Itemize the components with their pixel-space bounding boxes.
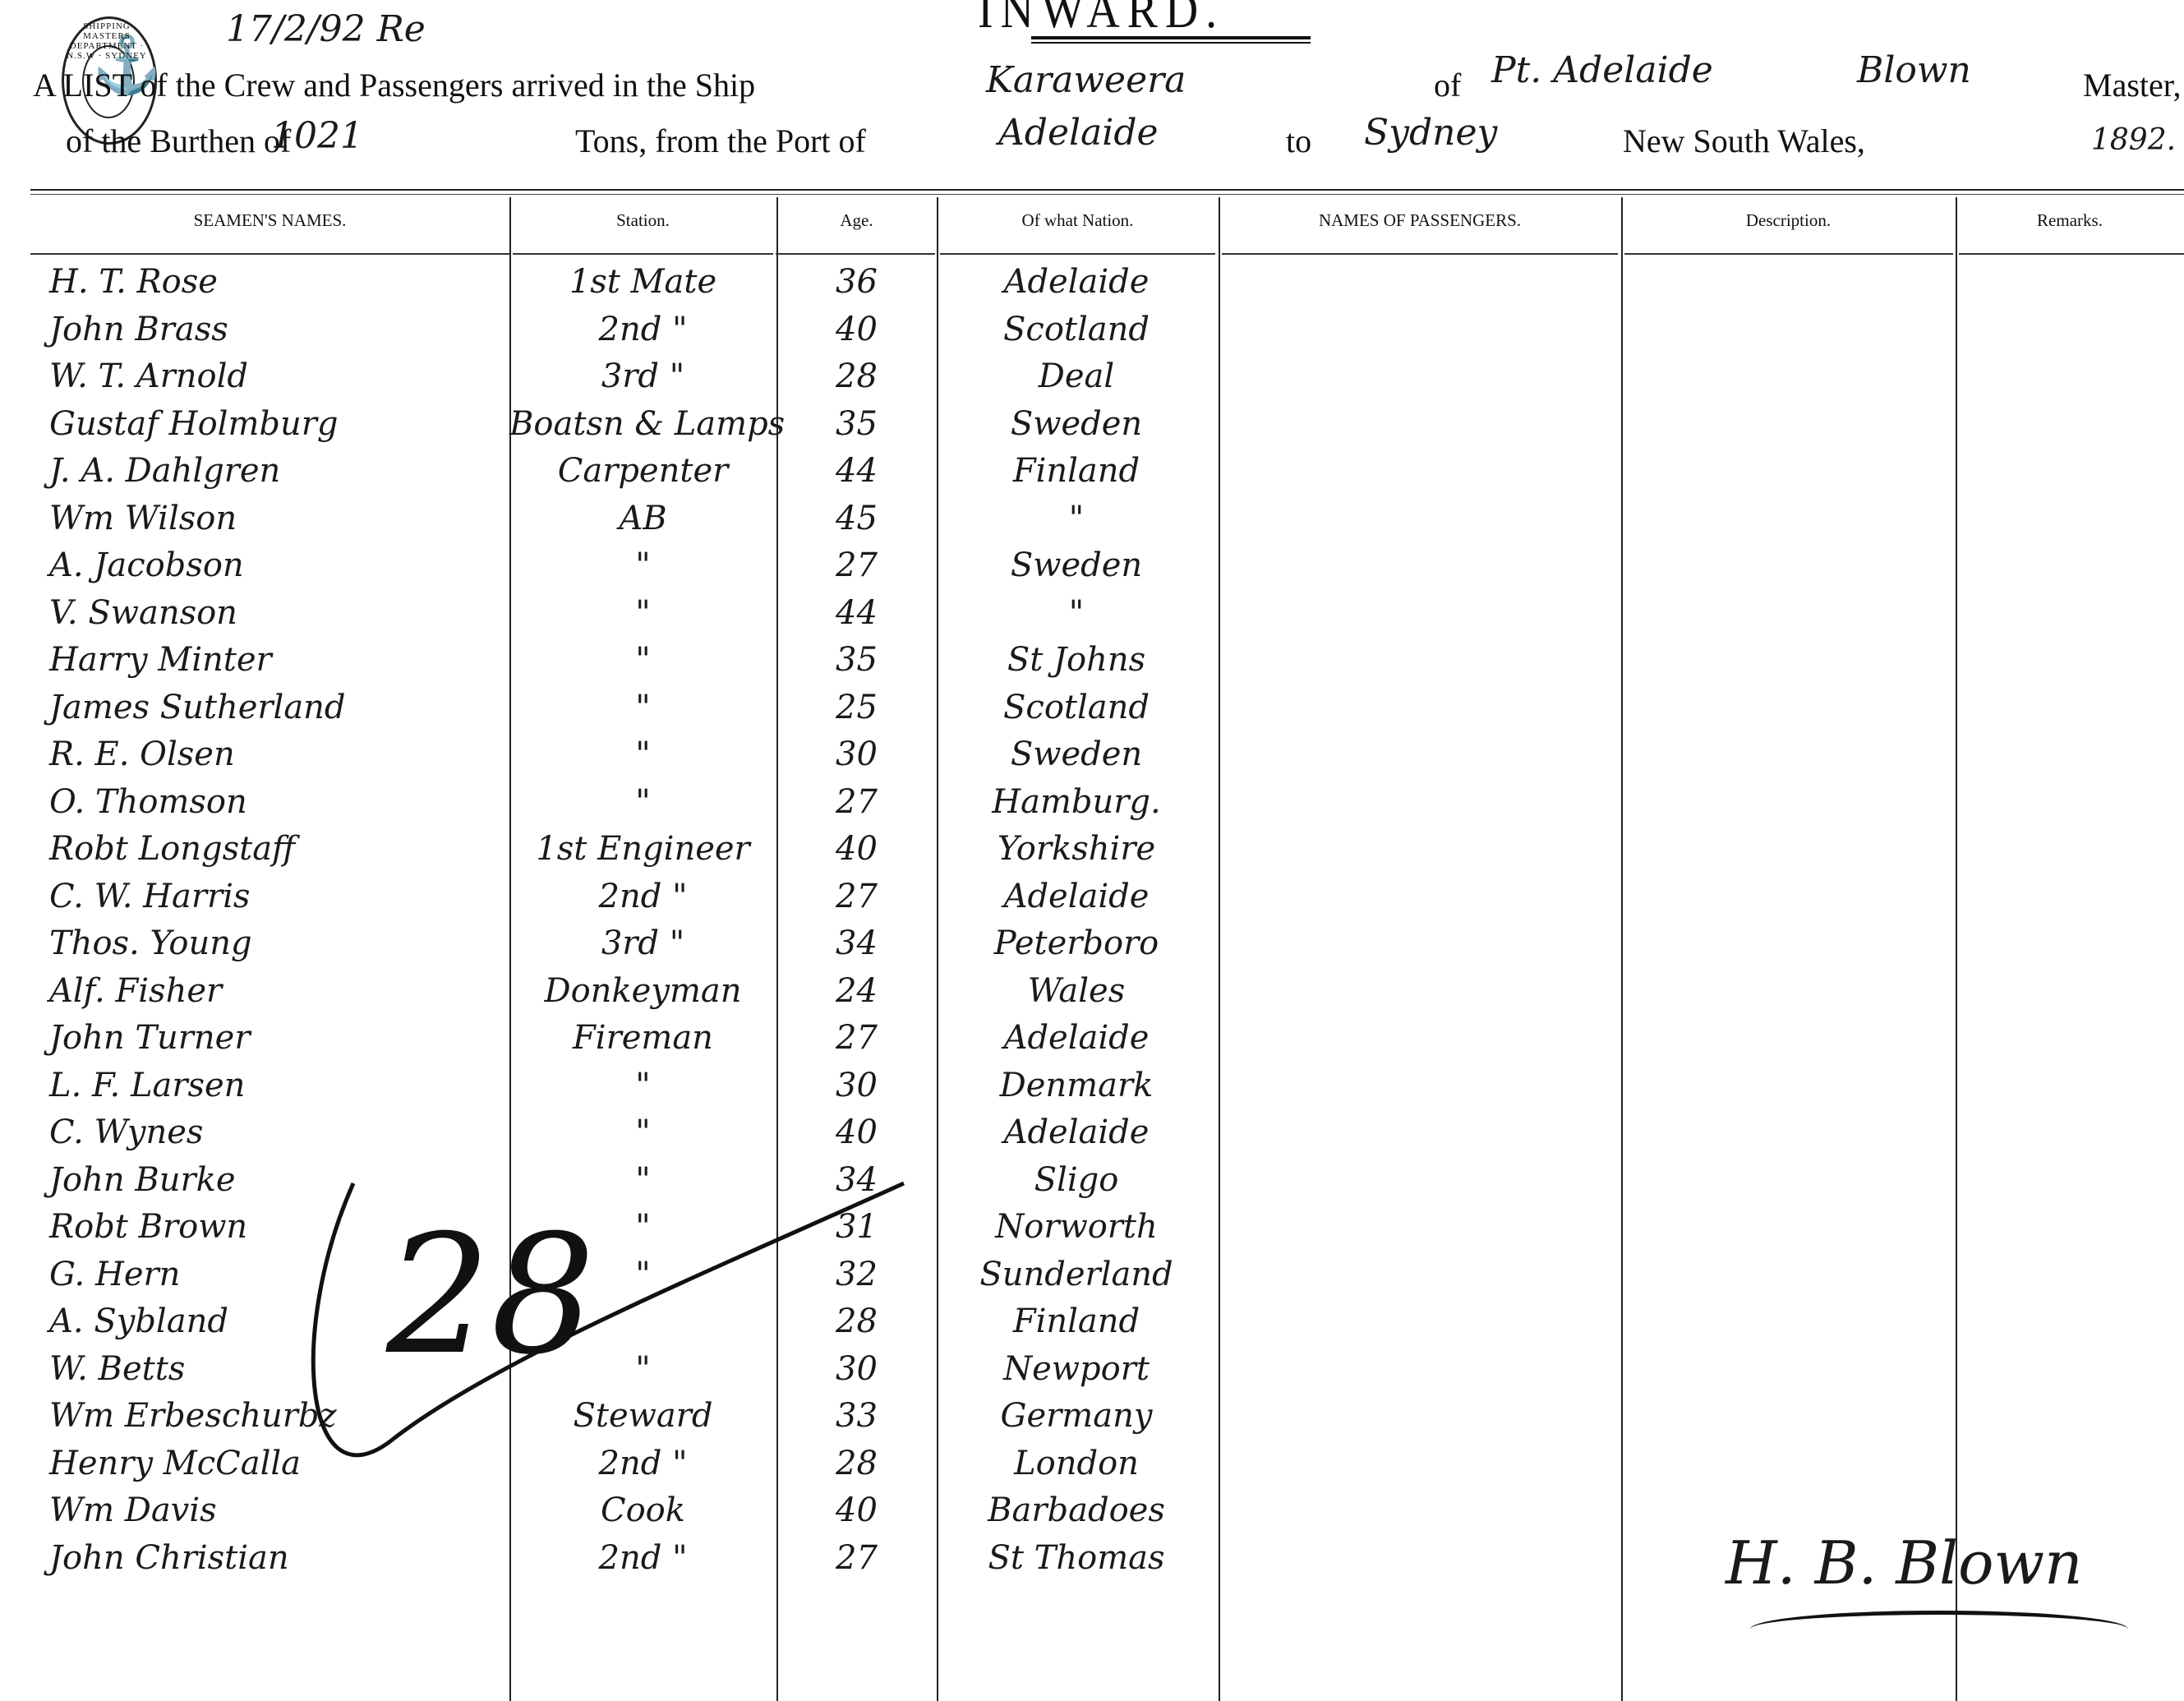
age: 36 (776, 263, 937, 301)
table-row: C. W. Harris2nd "27Adelaide (0, 878, 2184, 924)
station: AB (509, 500, 776, 537)
nation: Scotland (937, 311, 1216, 348)
to-port: Sydney (1364, 112, 1497, 154)
seaman-name: J. A. Dahlgren (49, 452, 280, 490)
table-row: W. T. Arnold3rd "28Deal (0, 357, 2184, 403)
year: 1892. (2091, 123, 2176, 157)
page-title: INWARD. (978, 0, 1224, 40)
crew-count-annotation: 28 (386, 1200, 596, 1391)
nation: St Thomas (937, 1539, 1216, 1577)
seaman-name: Wm Erbeschurbz (49, 1397, 337, 1435)
age: 30 (776, 1067, 937, 1104)
column-header-station: Station. (509, 210, 776, 231)
seaman-name: John Turner (49, 1019, 250, 1057)
age: 25 (776, 689, 937, 726)
master-name: Blown (1857, 49, 1971, 91)
column-header-remarks: Remarks. (1956, 210, 2184, 231)
nation: Sweden (937, 546, 1216, 584)
age: 34 (776, 924, 937, 962)
nation: Norworth (937, 1208, 1216, 1246)
table-row: Alf. FisherDonkeyman24Wales (0, 972, 2184, 1018)
nation: Sunderland (937, 1256, 1216, 1293)
table-row: John Brass2nd "40Scotland (0, 311, 2184, 357)
of-label: of (1434, 66, 1461, 104)
station: " (509, 546, 776, 584)
seaman-name: Harry Minter (49, 641, 272, 679)
nation: Adelaide (937, 1113, 1216, 1151)
seaman-name: V. Swanson (49, 594, 237, 632)
seaman-name: Robt Brown (49, 1208, 247, 1246)
station: Boatsn & Lamps (509, 405, 776, 443)
table-row: O. Thomson"27Hamburg. (0, 783, 2184, 829)
age: 27 (776, 878, 937, 915)
table-row: L. F. Larsen"30Denmark (0, 1067, 2184, 1113)
age: 35 (776, 641, 937, 679)
age: 27 (776, 1019, 937, 1057)
seaman-name: Wm Davis (49, 1491, 217, 1529)
table-row: Robt Longstaff1st Engineer40Yorkshire (0, 830, 2184, 876)
seaman-name: John Brass (49, 311, 228, 348)
seaman-name: G. Hern (49, 1256, 180, 1293)
header-rule (776, 253, 935, 255)
tonnage: 1021 (271, 115, 363, 157)
age: 44 (776, 594, 937, 632)
header-rule (30, 253, 509, 255)
nation: Adelaide (937, 878, 1216, 915)
station: " (509, 1067, 776, 1104)
table-row: Wm WilsonAB45" (0, 500, 2184, 546)
header-rule (1222, 253, 1618, 255)
station: 1st Engineer (509, 830, 776, 868)
header-rule (513, 253, 773, 255)
header-rule (1624, 253, 1953, 255)
nation: Denmark (937, 1067, 1216, 1104)
header-line1-prefix: A LIST of the Crew and Passengers arrive… (33, 66, 755, 104)
table-row: V. Swanson"44" (0, 594, 2184, 640)
from-port: Adelaide (998, 112, 1159, 154)
nation: Finland (937, 452, 1216, 490)
title-underline-thin (1031, 42, 1311, 44)
seaman-name: Thos. Young (49, 924, 252, 962)
port-of-registry: Pt. Adelaide (1491, 49, 1713, 91)
burthen-label: of the Burthen of (66, 122, 291, 160)
station: " (509, 689, 776, 726)
column-header-seamen-names: SEAMEN'S NAMES. (30, 210, 509, 231)
table-row: R. E. Olsen"30Sweden (0, 735, 2184, 781)
table-row: H. T. Rose1st Mate36Adelaide (0, 263, 2184, 309)
nation: Adelaide (937, 263, 1216, 301)
column-header-passenger-names: NAMES OF PASSENGERS. (1219, 210, 1621, 231)
nation: Sligo (937, 1161, 1216, 1199)
to-label: to (1286, 122, 1311, 160)
station: " (509, 641, 776, 679)
station: 3rd " (509, 357, 776, 395)
age: 28 (776, 357, 937, 395)
date-annotation: 17/2/92 Re (226, 8, 426, 50)
age: 40 (776, 311, 937, 348)
station: Donkeyman (509, 972, 776, 1010)
age: 35 (776, 405, 937, 443)
seaman-name: Gustaf Holmburg (49, 405, 338, 443)
nation: Scotland (937, 689, 1216, 726)
seaman-name: C. W. Harris (49, 878, 250, 915)
nation: Sweden (937, 405, 1216, 443)
station: " (509, 594, 776, 632)
age: 40 (776, 830, 937, 868)
nation: Yorkshire (937, 830, 1216, 868)
table-top-rule-thin (30, 194, 2184, 195)
nation: London (937, 1445, 1216, 1482)
header-rule (1959, 253, 2184, 255)
station: Carpenter (509, 452, 776, 490)
tons-label: Tons, from the Port of (575, 122, 866, 160)
seaman-name: Wm Wilson (49, 500, 237, 537)
nation: Sweden (937, 735, 1216, 773)
seaman-name: C. Wynes (49, 1113, 203, 1151)
nation: Deal (937, 357, 1216, 395)
station: 2nd " (509, 878, 776, 915)
seaman-name: O. Thomson (49, 783, 247, 821)
age: 44 (776, 452, 937, 490)
station: " (509, 1113, 776, 1151)
table-row: Gustaf HolmburgBoatsn & Lamps35Sweden (0, 405, 2184, 451)
seaman-name: Henry McCalla (49, 1445, 301, 1482)
age: 30 (776, 735, 937, 773)
nation: Newport (937, 1350, 1216, 1388)
seaman-name: John Burke (49, 1161, 236, 1199)
header-rule (940, 253, 1215, 255)
station: 1st Mate (509, 263, 776, 301)
seaman-name: John Christian (49, 1539, 289, 1577)
station: Fireman (509, 1019, 776, 1057)
age: 27 (776, 546, 937, 584)
table-row: Harry Minter"35St Johns (0, 641, 2184, 687)
master-label: Master, (2083, 66, 2181, 104)
title-underline (1031, 36, 1311, 39)
table-row: John TurnerFireman27Adelaide (0, 1019, 2184, 1065)
seaman-name: James Sutherland (49, 689, 346, 726)
table-row: J. A. DahlgrenCarpenter44Finland (0, 452, 2184, 498)
table-row: C. Wynes"40Adelaide (0, 1113, 2184, 1159)
column-header-nation: Of what Nation. (937, 210, 1219, 231)
seaman-name: H. T. Rose (49, 263, 218, 301)
age: 24 (776, 972, 937, 1010)
table-top-rule (30, 189, 2184, 191)
seal-text: SHIPPING MASTERS DEPARTMENT · N.S.W · SY… (64, 21, 150, 61)
ship-name: Karaweera (986, 59, 1186, 101)
seaman-name: Robt Longstaff (49, 830, 295, 868)
nation: Barbadoes (937, 1491, 1216, 1529)
age: 40 (776, 1113, 937, 1151)
seaman-name: A. Sybland (49, 1302, 228, 1340)
master-signature: H. B. Blown (1726, 1528, 2083, 1597)
table-row: James Sutherland"25Scotland (0, 689, 2184, 735)
table-row: A. Jacobson"27Sweden (0, 546, 2184, 592)
column-header-age: Age. (776, 210, 937, 231)
nation: St Johns (937, 641, 1216, 679)
station: " (509, 783, 776, 821)
seaman-name: A. Jacobson (49, 546, 244, 584)
signature-flourish (1750, 1611, 2128, 1648)
table-row: Thos. Young3rd "34Peterboro (0, 924, 2184, 970)
nation: Finland (937, 1302, 1216, 1340)
nation: Germany (937, 1397, 1216, 1435)
seaman-name: W. T. Arnold (49, 357, 248, 395)
seaman-name: W. Betts (49, 1350, 185, 1388)
seaman-name: Alf. Fisher (49, 972, 222, 1010)
nation: " (937, 500, 1216, 537)
nation: " (937, 594, 1216, 632)
nation: Adelaide (937, 1019, 1216, 1057)
region-label: New South Wales, (1623, 122, 1865, 160)
nation: Peterboro (937, 924, 1216, 962)
nation: Wales (937, 972, 1216, 1010)
column-header-description: Description. (1621, 210, 1956, 231)
nation: Hamburg. (937, 783, 1216, 821)
age: 45 (776, 500, 937, 537)
station: 3rd " (509, 924, 776, 962)
station: 2nd " (509, 311, 776, 348)
seaman-name: L. F. Larsen (49, 1067, 245, 1104)
seaman-name: R. E. Olsen (49, 735, 235, 773)
station: " (509, 735, 776, 773)
age: 27 (776, 783, 937, 821)
